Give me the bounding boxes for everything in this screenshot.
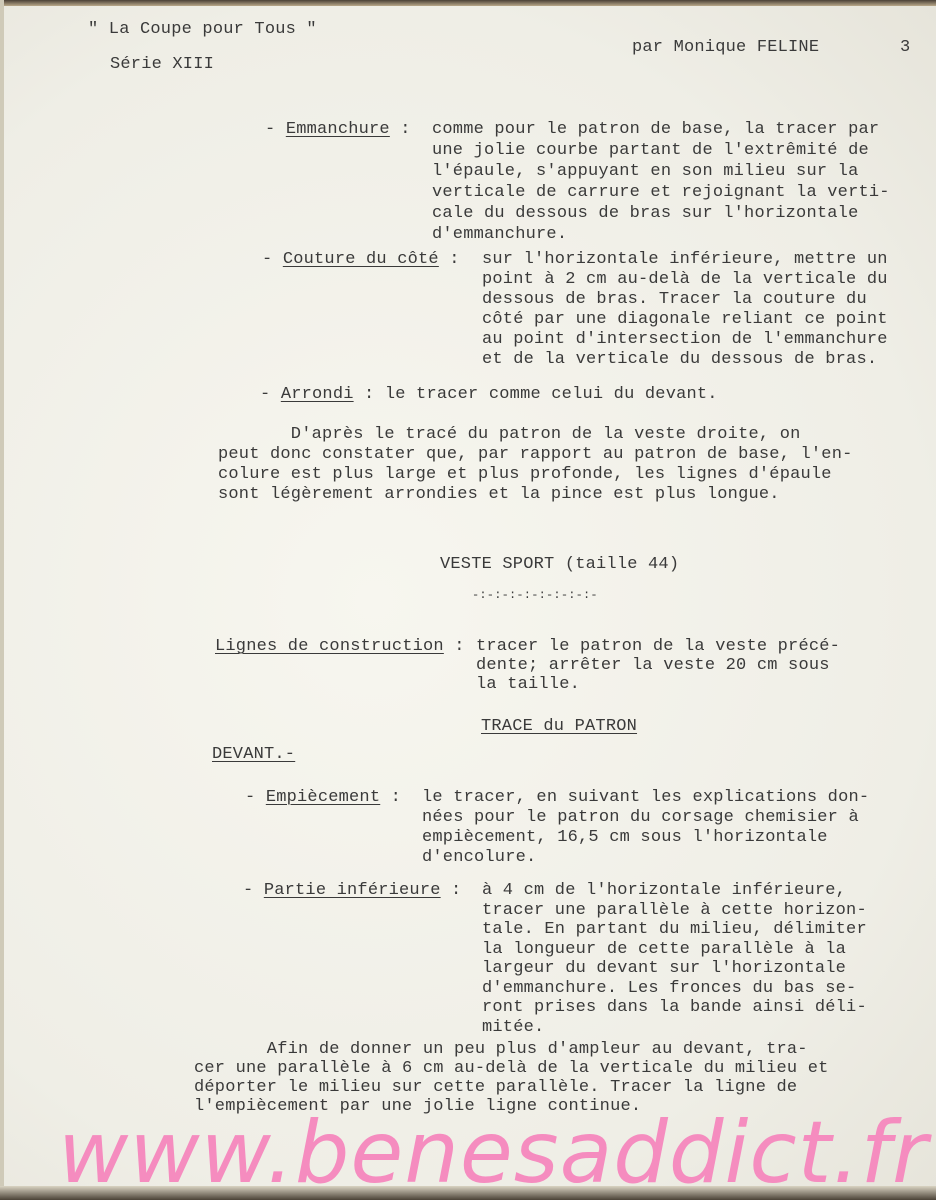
text-line: une jolie courbe partant de l'extrêmité … [432,141,869,162]
text-line: empiècement, 16,5 cm sous l'horizontale [422,828,828,849]
text-line: cer une parallèle à 6 cm au-delà de la v… [194,1059,829,1080]
lignes-label: Lignes de construction [215,637,444,656]
text-line: le tracer, en suivant les explications d… [422,788,869,809]
author: par Monique FELINE [632,38,819,59]
lignes-line: Lignes de construction : [215,637,465,658]
partie-label: Partie inférieure [264,881,441,900]
emmanchure-dash: - Emmanchure : [265,120,411,141]
arrondi-line: - Arrondi : le tracer comme celui du dev… [260,385,718,406]
text-line: peut donc constater que, par rapport au … [218,445,853,466]
text-line: la longueur de cette parallèle à la [482,940,846,961]
series-label: Série XIII [110,55,214,76]
couture-label: Couture du côté [283,250,439,269]
doc-title: " La Coupe pour Tous " [88,20,317,41]
veste-sport-title: VESTE SPORT (taille 44) [440,555,679,576]
page-left-edge [0,0,4,1200]
text-line: tracer une parallèle à cette horizon- [482,901,867,922]
text-line: verticale de carrure et rejoignant la ve… [432,183,890,204]
text-line: et de la verticale du dessous de bras. [482,350,877,371]
empiecement-dash: - Empiècement : [245,788,401,809]
text-line: Afin de donner un peu plus d'ampleur au … [194,1040,808,1061]
emmanchure-label: Emmanchure [286,120,390,139]
text-line: mitée. [482,1018,544,1039]
watermark: www.benesaddict.fr [58,1108,928,1198]
text-line: la taille. [476,675,580,696]
text-line: ront prises dans la bande ainsi déli- [482,998,867,1019]
ornament-divider: -:-:-:-:-:-:-:-:- [472,585,598,606]
text-line: sur l'horizontale inférieure, mettre un [482,250,888,271]
text-line: nées pour le patron du corsage chemisier… [422,808,859,829]
text-line: sont légèrement arrondies et la pince es… [218,485,780,506]
document-page: " La Coupe pour Tous " Série XIII par Mo… [0,0,936,1200]
text-line: dente; arrêter la veste 20 cm sous [476,656,830,677]
empiecement-label: Empiècement [266,788,380,807]
text-line: l'épaule, s'appuyant en son milieu sur l… [432,162,858,183]
trace-title: TRACE du PATRON [481,717,637,738]
text-line: tale. En partant du milieu, délimiter [482,920,867,941]
page-bottom-edge [0,1186,936,1200]
couture-dash: - Couture du côté : [262,250,460,271]
text-line: comme pour le patron de base, la tracer … [432,120,879,141]
text-line: point à 2 cm au-delà de la verticale du [482,270,888,291]
arrondi-label: Arrondi [281,385,354,404]
text-line: colure est plus large et plus profonde, … [218,465,832,486]
text-line: côté par une diagonale reliant ce point [482,310,888,331]
text-line: tracer le patron de la veste précé- [476,637,840,658]
arrondi-text: le tracer comme celui du devant. [385,385,718,404]
page-top-edge [0,0,936,6]
text-line: à 4 cm de l'horizontale inférieure, [482,881,846,902]
text-line: au point d'intersection de l'emmanchure [482,330,888,351]
text-line: d'emmanchure. Les fronces du bas se- [482,979,856,1000]
text-line: D'après le tracé du patron de la veste d… [218,425,801,446]
text-line: cale du dessous de bras sur l'horizontal… [432,204,858,225]
text-line: largeur du devant sur l'horizontale [482,959,846,980]
page-number: 3 [900,38,910,59]
devant-heading: DEVANT.- [212,745,295,766]
text-line: d'encolure. [422,848,536,869]
text-line: dessous de bras. Tracer la couture du [482,290,867,311]
partie-dash: - Partie inférieure : [243,881,461,902]
text-line: déporter le milieu sur cette parallèle. … [194,1078,797,1099]
text-line: d'emmanchure. [432,225,567,246]
